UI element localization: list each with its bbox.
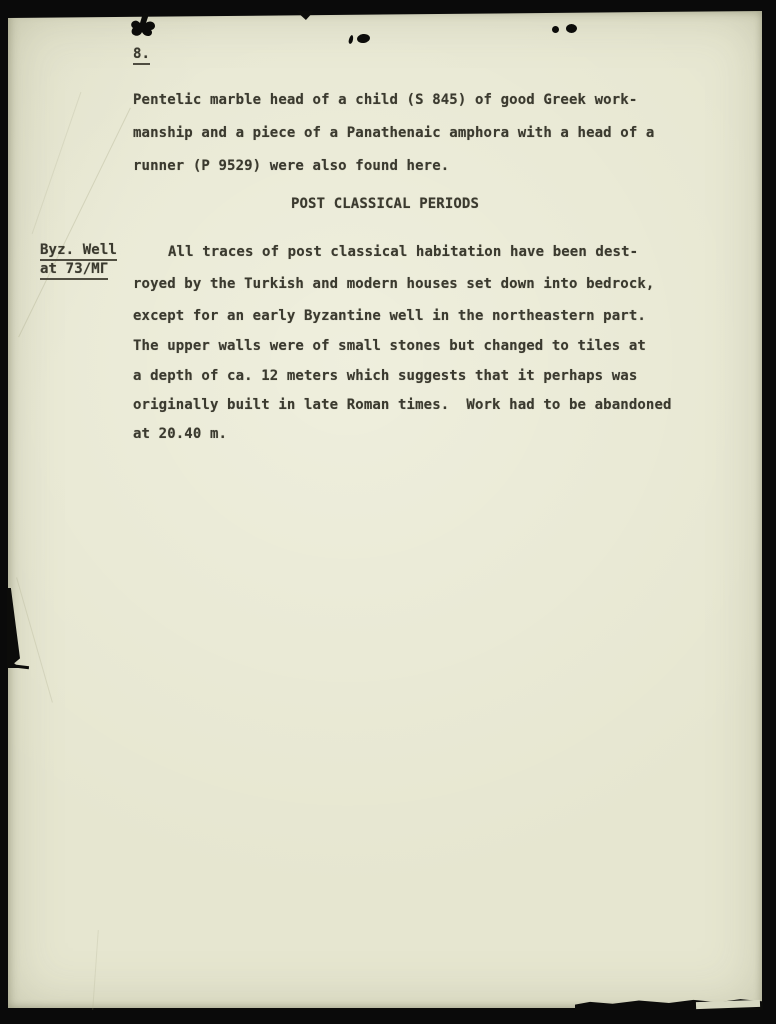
margin-note-line: Byz. Well [40, 242, 117, 259]
ink-dot [552, 26, 559, 33]
margin-note-text: at 73/MΓ [40, 261, 108, 280]
paragraph2-line: royed by the Turkish and modern houses s… [133, 276, 654, 293]
paragraph2-line: except for an early Byzantine well in th… [133, 308, 646, 325]
margin-note-text: Byz. Well [40, 242, 117, 261]
paragraph1-line: runner (P 9529) were also found here. [133, 158, 449, 175]
paragraph2-line: a depth of ca. 12 meters which suggests … [133, 368, 637, 385]
page-number: 8. [133, 46, 150, 63]
margin-note-line: at 73/MΓ [40, 261, 108, 278]
paragraph1-line: manship and a piece of a Panathenaic amp… [133, 125, 654, 142]
paragraph2-line: originally built in late Roman times. Wo… [133, 397, 672, 414]
paragraph2-line: The upper walls were of small stones but… [133, 338, 646, 355]
page-number-text: 8. [133, 46, 150, 65]
section-heading: POST CLASSICAL PERIODS [291, 196, 479, 213]
ink-blot [130, 13, 160, 47]
paragraph2-line: at 20.40 m. [133, 426, 227, 443]
paragraph2-line: All traces of post classical habitation … [168, 244, 638, 261]
scanned-page-background: 8. Pentelic marble head of a child (S 84… [0, 0, 776, 1024]
paragraph1-line: Pentelic marble head of a child (S 845) … [133, 92, 637, 109]
ink-dot [566, 24, 577, 33]
